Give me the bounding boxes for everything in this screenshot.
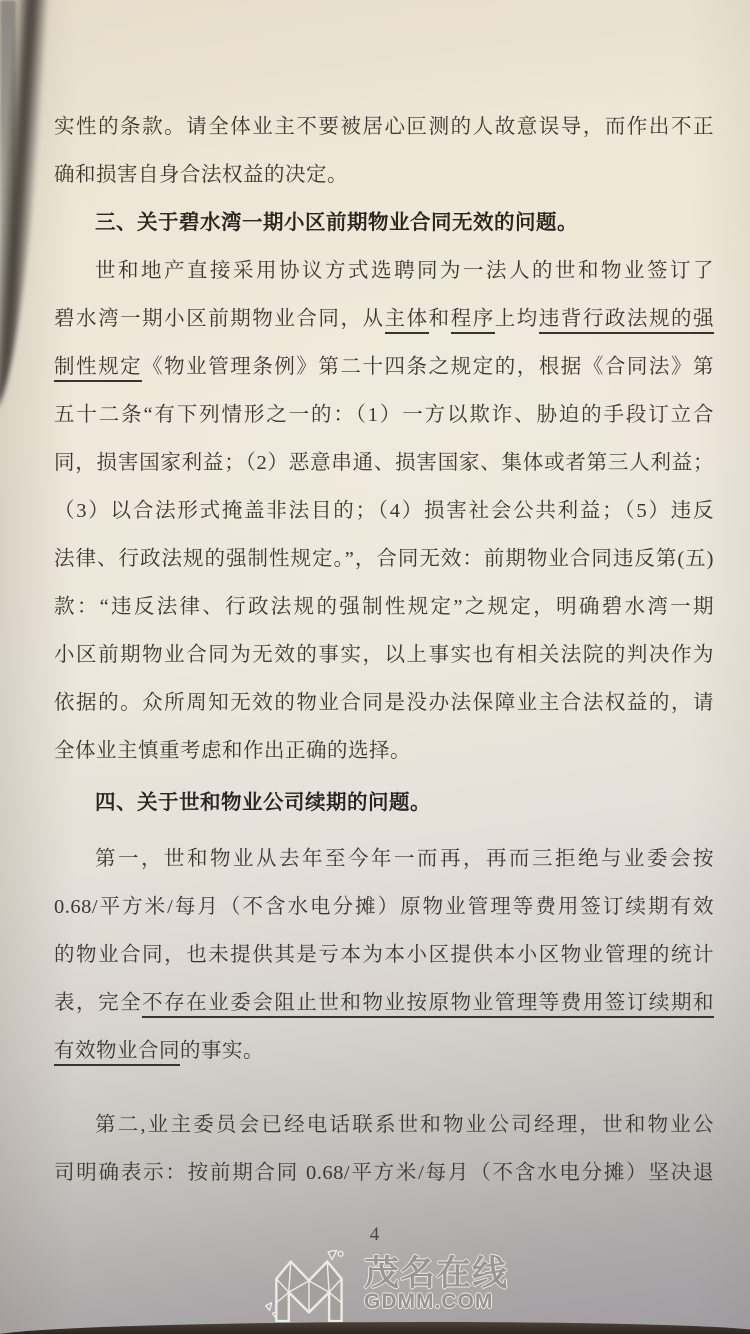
text-segment: （3）以合法形式掩盖非法目的；（4）损害社会公共利益；（5）违反: [54, 500, 714, 522]
text-line: 的物业合同，也未提供其是亏本为本小区提供本小区物业管理的统计: [54, 932, 714, 980]
underlined-text: 主体: [385, 308, 429, 334]
text-segment: 碧水湾一期小区前期物业合同，从: [54, 308, 385, 330]
text-line: 制性规定《物业管理条例》第二十四条之规定的，根据《合同法》第: [54, 344, 714, 392]
text-line: 第一，世和物业从去年至今年一而再，再而三拒绝与业委会按: [54, 836, 714, 884]
text-segment: 世和地产直接采用协议方式选聘同为一法人的世和物业签订了: [95, 260, 714, 282]
text-segment: 全体业主慎重考虑和作出正确的选择。: [54, 740, 411, 762]
watermark-site-url: GDMM.COM: [364, 1291, 508, 1313]
text-segment: 和: [429, 308, 451, 330]
text-segment: 实性的条款。请全体业主不要被居心叵测的人故意误导，而作出不正: [54, 116, 714, 138]
watermark-site-name: 茂名在线: [364, 1256, 508, 1292]
text-line: 同，损害国家利益；（2）恶意串通、损害国家、集体或者第三人利益；: [54, 440, 714, 488]
text-segment: 《物业管理条例》第二十四条之规定的，根据《合同法》第: [142, 356, 714, 378]
text-segment: 同，损害国家利益；（2）恶意串通、损害国家、集体或者第三人利益；: [54, 452, 714, 474]
text-segment: 第一，世和物业从去年至今年一而再，再而三拒绝与业委会按: [95, 848, 714, 870]
text-segment: 小区前期物业合同为无效的事实，以上事实也有相关法院的判决作为: [54, 644, 714, 666]
underlined-text: 违背行政法规的强: [539, 308, 714, 334]
heading-line: 四、关于世和物业公司续期的问题。: [54, 780, 714, 828]
page-number: 4: [0, 1224, 750, 1246]
text-line: 表，完全不存在业委会阻止世和物业按原物业管理等费用签订续期和: [54, 980, 714, 1028]
text-line: 实性的条款。请全体业主不要被居心叵测的人故意误导，而作出不正: [54, 104, 714, 152]
text-line: 有效物业合同的事实。: [54, 1028, 714, 1076]
text-segment: 的物业合同，也未提供其是亏本为本小区提供本小区物业管理的统计: [54, 944, 714, 966]
text-line: 依据的。众所周知无效的物业合同是没办法保障业主合法权益的，请: [54, 680, 714, 728]
text-segment: 法律、行政法规的强制性规定。”，合同无效：前期物业合同违反第(五): [54, 548, 714, 570]
text-line: 法律、行政法规的强制性规定。”，合同无效：前期物业合同违反第(五): [54, 536, 714, 584]
underlined-text: 制性规定: [54, 356, 142, 382]
text-line: 司明确表示：按前期合同 0.68/平方米/每月（不含水电分摊）坚决退: [54, 1150, 714, 1198]
text-segment: 三、关于碧水湾一期小区前期物业合同无效的问题。: [95, 212, 578, 234]
text-segment: 款：“违反法律、行政法规的强制性规定”之规定，明确碧水湾一期: [54, 596, 714, 618]
watermark-texts: 茂名在线 GDMM.COM: [364, 1256, 508, 1313]
text-line: 0.68/平方米/每月（不含水电分摊）原物业管理等费用签订续期有效: [54, 884, 714, 932]
text-line: 款：“违反法律、行政法规的强制性规定”之规定，明确碧水湾一期: [54, 584, 714, 632]
maoming-online-m-logo-icon: [258, 1250, 358, 1322]
text-line: 小区前期物业合同为无效的事实，以上事实也有相关法院的判决作为: [54, 632, 714, 680]
text-line: 世和地产直接采用协议方式选聘同为一法人的世和物业签订了: [54, 248, 714, 296]
text-segment: 司明确表示：按前期合同 0.68/平方米/每月（不含水电分摊）坚决退: [54, 1162, 714, 1184]
text-segment: 五十二条“有下列情形之一的：（1）一方以欺诈、胁迫的手段订立合: [54, 404, 714, 426]
text-segment: 表，完全: [54, 992, 142, 1014]
underlined-text: 有效物业合同: [54, 1040, 180, 1066]
document-text-column: 实性的条款。请全体业主不要被居心叵测的人故意误导，而作出不正确和损害自身合法权益…: [54, 104, 714, 1198]
text-segment: 四、关于世和物业公司续期的问题。: [95, 792, 431, 814]
text-segment: 第二,业主委员会已经电话联系世和物业公司经理，世和物业公: [95, 1114, 714, 1136]
text-line: 全体业主慎重考虑和作出正确的选择。: [54, 728, 714, 776]
text-line: 第二,业主委员会已经电话联系世和物业公司经理，世和物业公: [54, 1102, 714, 1150]
text-line: 五十二条“有下列情形之一的：（1）一方以欺诈、胁迫的手段订立合: [54, 392, 714, 440]
text-line: 碧水湾一期小区前期物业合同，从主体和程序上均违背行政法规的强: [54, 296, 714, 344]
text-segment: 确和损害自身合法权益的决定。: [54, 164, 348, 186]
watermark: 茂名在线 GDMM.COM: [258, 1250, 508, 1322]
text-line: （3）以合法形式掩盖非法目的；（4）损害社会公共利益；（5）违反: [54, 488, 714, 536]
text-line: 确和损害自身合法权益的决定。: [54, 152, 714, 200]
text-segment: 0.68/平方米/每月（不含水电分摊）原物业管理等费用签订续期有效: [54, 896, 714, 918]
text-segment: 依据的。众所周知无效的物业合同是没办法保障业主合法权益的，请: [54, 692, 714, 714]
heading-line: 三、关于碧水湾一期小区前期物业合同无效的问题。: [54, 200, 714, 248]
text-segment: 的事实。: [180, 1040, 264, 1062]
text-segment: 上均: [495, 308, 539, 330]
underlined-text: 程序: [451, 308, 495, 334]
underlined-text: 不存在业委会阻止世和物业按原物业管理等费用签订续期和: [142, 992, 714, 1018]
